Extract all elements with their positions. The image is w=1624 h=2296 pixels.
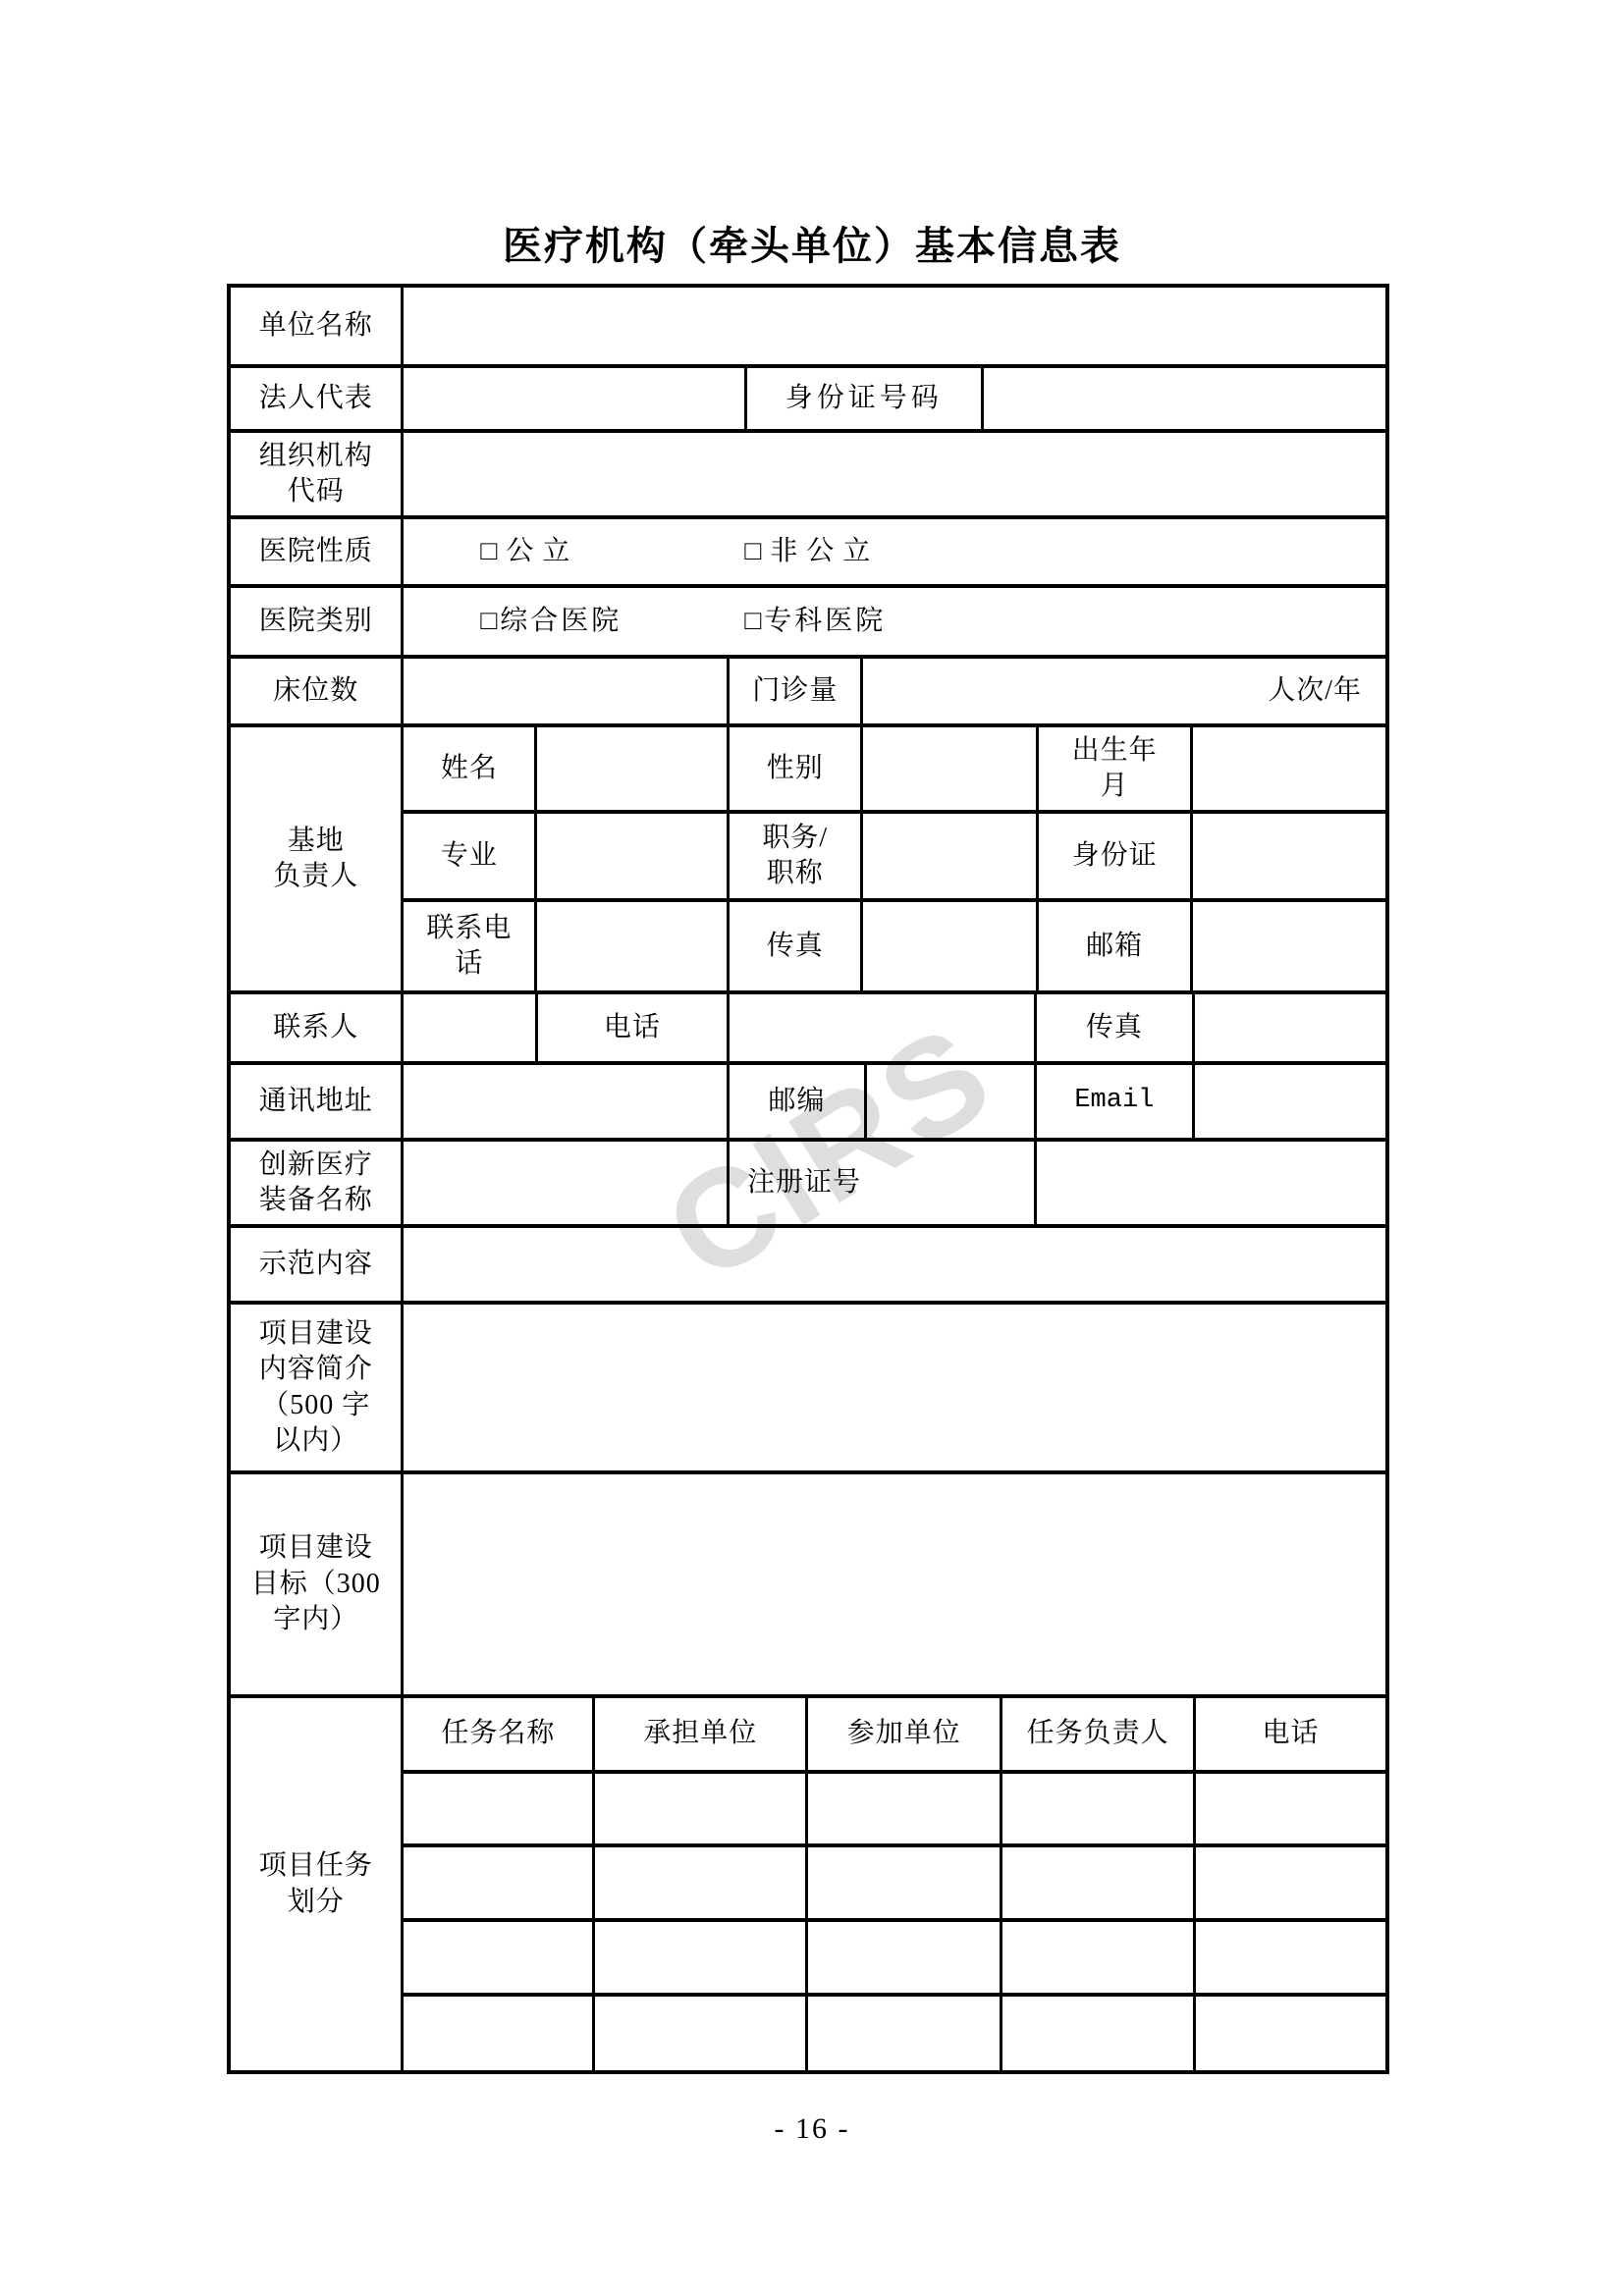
id-number-label-cell: 身份证号码 [747,368,984,429]
task-row-2-phone-cell[interactable] [1196,1847,1385,1918]
org-code-label: 组织机构 代码 [259,439,373,510]
legal-rep-label: 法人代表 [259,381,373,416]
task-row-1 [404,1774,1385,1847]
basic-info-table: 单位名称 法人代表 身份证号码 组织机构 代码 医院性质 □公立 □非公立 医院… [227,284,1389,2074]
row-demo-content: 示范内容 [231,1228,1385,1305]
leader-position-label: 职务/ 职称 [762,821,828,892]
leader-email-label-cell: 邮箱 [1039,902,1193,990]
participating-unit-header-cell: 参加单位 [808,1698,1002,1770]
checkbox-option-public[interactable]: □公立 [480,534,744,569]
hospital-nature-label-cell: 医院性质 [231,519,404,584]
task-header-row: 任务名称 承担单位 参加单位 任务负责人 电话 [404,1698,1385,1774]
contact-phone-label-cell: 电话 [538,994,730,1061]
device-label-cell: 创新医疗 装备名称 [231,1142,404,1224]
row-contact: 联系人 电话 传真 [231,994,1385,1065]
contact-fax-label-cell: 传真 [1037,994,1195,1061]
leader-gender-label: 性别 [767,751,824,786]
leader-birth-value-cell[interactable] [1193,727,1385,810]
task-phone-header: 电话 [1263,1716,1320,1751]
email-label: Email [1074,1084,1154,1118]
task-row-3-name-cell[interactable] [404,1922,595,1993]
task-division-label-cell: 项目任务 划分 [231,1698,404,2070]
leader-fax-label: 传真 [767,929,824,964]
outpatient-unit-label: 人次/年 [1268,673,1362,709]
leader-major-label: 专业 [441,838,498,874]
row-leader-major: 专业 职务/ 职称 身份证 [404,814,1385,902]
document-page: 医疗机构（牵头单位）基本信息表 CIRS 单位名称 法人代表 身份证号码 组织机… [0,0,1624,2296]
task-row-1-participating-cell[interactable] [808,1774,1002,1843]
id-number-value-cell[interactable] [984,368,1385,429]
address-label-cell: 通讯地址 [231,1065,404,1138]
task-name-header: 任务名称 [441,1716,555,1751]
task-division-label: 项目任务 划分 [259,1848,373,1920]
row-address: 通讯地址 邮编 Email [231,1065,1385,1142]
contact-value-cell[interactable] [404,994,537,1061]
checkbox-option-specialized-hospital[interactable]: □专科医院 [744,604,886,639]
reg-number-value-cell[interactable] [1037,1142,1385,1224]
leader-major-value-cell[interactable] [537,814,730,898]
beds-label-cell: 床位数 [231,659,404,723]
org-code-value-cell[interactable] [404,433,1385,515]
project-goal-label: 项目建设 目标（300 字内） [251,1530,381,1637]
email-value-cell[interactable] [1195,1065,1385,1138]
contact-phone-value-cell[interactable] [730,994,1037,1061]
page-number: - 16 - [0,2112,1624,2146]
demo-content-label-cell: 示范内容 [231,1228,404,1301]
task-leader-header: 任务负责人 [1027,1716,1169,1751]
row-org-code: 组织机构 代码 [231,433,1385,519]
row-beds: 床位数 门诊量 人次/年 [231,659,1385,727]
leader-email-value-cell[interactable] [1193,902,1385,990]
task-row-4-participating-cell[interactable] [808,1997,1002,2070]
leader-gender-value-cell[interactable] [863,727,1039,810]
legal-rep-value-cell[interactable] [404,368,746,429]
legal-rep-label-cell: 法人代表 [231,368,404,429]
task-row-3-participating-cell[interactable] [808,1922,1002,1993]
contact-label-cell: 联系人 [231,994,404,1061]
leader-position-label-cell: 职务/ 职称 [730,814,863,898]
leader-fax-label-cell: 传真 [730,902,863,990]
leader-birth-label: 出生年 月 [1072,733,1158,805]
task-row-1-name-cell[interactable] [404,1774,595,1843]
leader-name-label-cell: 姓名 [404,727,537,810]
hospital-type-label-cell: 医院类别 [231,588,404,655]
row-project-intro: 项目建设 内容简介 （500 字 以内） [231,1305,1385,1474]
task-row-3-phone-cell[interactable] [1196,1922,1385,1993]
task-name-header-cell: 任务名称 [404,1698,595,1770]
project-intro-label: 项目建设 内容简介 （500 字 以内） [259,1316,373,1460]
device-value-cell[interactable] [404,1142,730,1224]
reg-number-label: 注册证号 [747,1165,861,1201]
org-code-label-cell: 组织机构 代码 [231,433,404,515]
hospital-nature-label: 医院性质 [259,534,373,569]
leader-email-label: 邮箱 [1086,929,1143,964]
leader-birth-label-cell: 出生年 月 [1039,727,1193,810]
leader-major-label-cell: 专业 [404,814,537,898]
task-division-body: 任务名称 承担单位 参加单位 任务负责人 电话 [404,1698,1385,2070]
task-row-1-leader-cell[interactable] [1002,1774,1196,1843]
row-leader-name: 姓名 性别 出生年 月 [404,727,1385,814]
device-label: 创新医疗 装备名称 [259,1148,373,1219]
demo-content-label: 示范内容 [259,1247,373,1282]
participating-unit-header: 参加单位 [847,1716,961,1751]
task-row-4 [404,1997,1385,2070]
row-unit-name: 单位名称 [231,288,1385,368]
row-hospital-type: 医院类别 □综合医院 □专科医院 [231,588,1385,659]
base-leader-label: 基地 负责人 [273,824,358,895]
leader-id-label-cell: 身份证 [1039,814,1193,898]
contact-label: 联系人 [273,1010,358,1045]
project-goal-value-cell[interactable] [404,1474,1385,1694]
zip-value-cell[interactable] [867,1065,1037,1138]
checkbox-option-non-public[interactable]: □非公立 [744,534,879,569]
undertaking-unit-header-cell: 承担单位 [595,1698,808,1770]
base-leader-body: 姓名 性别 出生年 月 专业 职务/ 职称 身份证 联系电 话 [404,727,1385,990]
demo-content-value-cell[interactable] [404,1228,1385,1301]
section-base-leader: 基地 负责人 姓名 性别 出生年 月 专业 职务/ 职称 身份证 [231,727,1385,994]
leader-name-label: 姓名 [441,751,498,786]
unit-name-label: 单位名称 [259,308,373,344]
leader-id-label: 身份证 [1072,838,1158,874]
task-row-3 [404,1922,1385,1997]
task-row-2-leader-cell[interactable] [1002,1847,1196,1918]
project-intro-label-cell: 项目建设 内容简介 （500 字 以内） [231,1305,404,1470]
hospital-type-options-cell: □综合医院 □专科医院 [404,588,1385,655]
task-row-4-name-cell[interactable] [404,1997,595,2070]
project-intro-value-cell[interactable] [404,1305,1385,1470]
address-value-cell[interactable] [404,1065,730,1138]
page-title: 医疗机构（牵头单位）基本信息表 [0,215,1624,271]
task-row-2-undertaking-cell[interactable] [595,1847,808,1918]
outpatient-label-cell: 门诊量 [730,659,863,723]
base-leader-label-cell: 基地 负责人 [231,727,404,990]
task-row-1-undertaking-cell[interactable] [595,1774,808,1843]
leader-id-value-cell[interactable] [1193,814,1385,898]
undertaking-unit-header: 承担单位 [643,1716,757,1751]
task-phone-header-cell: 电话 [1196,1698,1385,1770]
leader-name-value-cell[interactable] [537,727,730,810]
id-number-label: 身份证号码 [785,381,943,416]
beds-value-cell[interactable] [404,659,730,723]
contact-fax-value-cell[interactable] [1195,994,1385,1061]
checkbox-option-general-hospital[interactable]: □综合医院 [480,604,744,639]
task-row-2-name-cell[interactable] [404,1847,595,1918]
task-row-1-phone-cell[interactable] [1196,1774,1385,1843]
outpatient-label: 门诊量 [752,673,838,709]
leader-gender-label-cell: 性别 [730,727,863,810]
leader-phone-value-cell[interactable] [537,902,730,990]
leader-position-value-cell[interactable] [863,814,1039,898]
row-legal-rep: 法人代表 身份证号码 [231,368,1385,433]
unit-name-value-cell[interactable] [404,288,1385,364]
task-row-4-undertaking-cell[interactable] [595,1997,808,2070]
leader-fax-value-cell[interactable] [863,902,1039,990]
task-row-2-participating-cell[interactable] [808,1847,1002,1918]
task-row-4-leader-cell[interactable] [1002,1997,1196,2070]
reg-number-label-cell: 注册证号 [730,1142,1037,1224]
beds-label: 床位数 [273,673,358,709]
zip-label-cell: 邮编 [730,1065,867,1138]
row-project-goal: 项目建设 目标（300 字内） [231,1474,1385,1698]
task-leader-header-cell: 任务负责人 [1002,1698,1196,1770]
leader-phone-label: 联系电 话 [426,911,512,983]
hospital-nature-options-cell: □公立 □非公立 [404,519,1385,584]
leader-phone-label-cell: 联系电 话 [404,902,537,990]
row-leader-phone: 联系电 话 传真 邮箱 [404,902,1385,990]
email-label-cell: Email [1037,1065,1195,1138]
project-goal-label-cell: 项目建设 目标（300 字内） [231,1474,404,1694]
task-row-4-phone-cell[interactable] [1196,1997,1385,2070]
row-device: 创新医疗 装备名称 注册证号 [231,1142,1385,1228]
task-row-2 [404,1847,1385,1922]
unit-name-label-cell: 单位名称 [231,288,404,364]
row-hospital-nature: 医院性质 □公立 □非公立 [231,519,1385,588]
task-row-3-undertaking-cell[interactable] [595,1922,808,1993]
hospital-type-label: 医院类别 [259,604,373,639]
contact-phone-label: 电话 [604,1010,661,1045]
address-label: 通讯地址 [259,1084,373,1119]
zip-label: 邮编 [768,1084,825,1119]
task-row-3-leader-cell[interactable] [1002,1922,1196,1993]
contact-fax-label: 传真 [1086,1010,1143,1045]
section-task-division: 项目任务 划分 任务名称 承担单位 参加单位 任务负责人 电话 [231,1698,1385,2070]
outpatient-value-cell[interactable]: 人次/年 [863,659,1385,723]
